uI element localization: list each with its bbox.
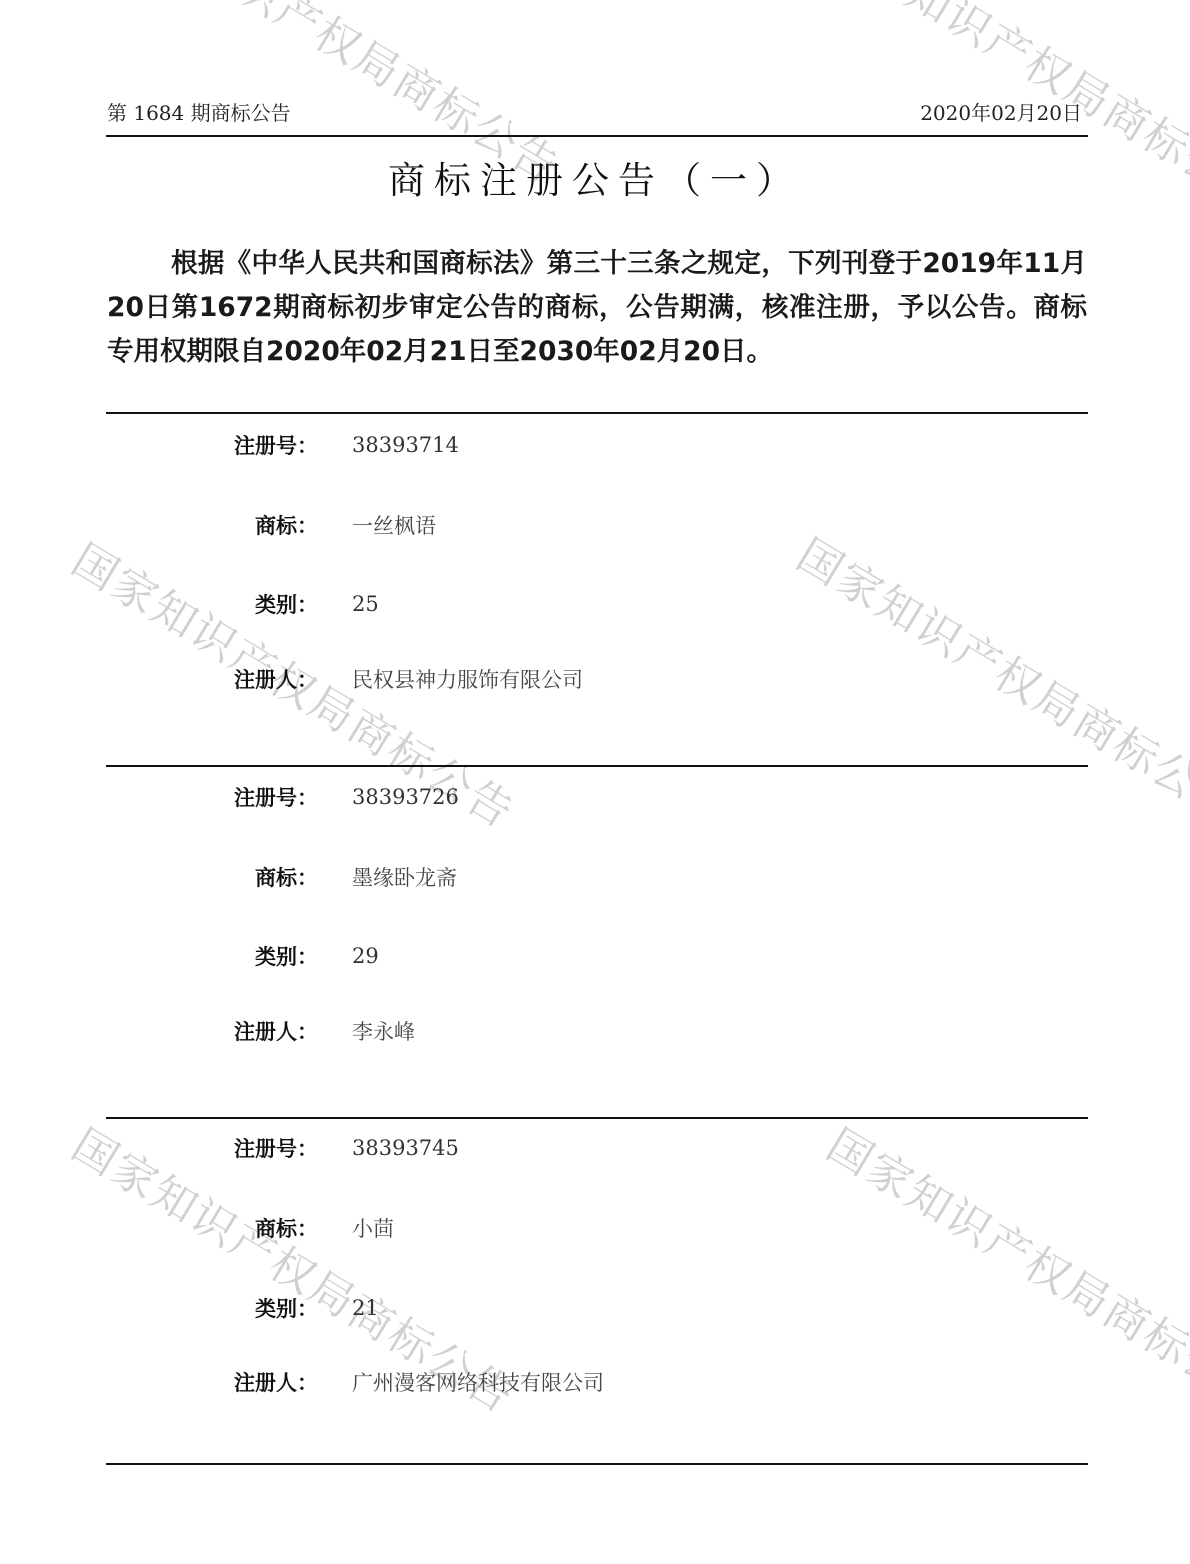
reg-no-value: 38393714 — [352, 433, 459, 457]
divider — [106, 412, 1088, 414]
mark-value: 墨缘卧龙斋 — [352, 862, 457, 892]
registrant-value: 李永峰 — [352, 1016, 415, 1046]
registrant-value: 广州漫客网络科技有限公司 — [352, 1367, 604, 1397]
header-divider — [106, 135, 1088, 137]
mark-value: 小茴 — [352, 1213, 394, 1243]
issue-date: 2020年02月20日 — [920, 97, 1082, 126]
reg-no-value: 38393745 — [352, 1136, 459, 1160]
issue-number: 第 1684 期商标公告 — [107, 97, 291, 126]
announcement-page: 第 1684 期商标公告 2020年02月20日 商标注册公告（一） 根据《中华… — [0, 0, 1190, 1564]
registrant-label: 注册人： — [228, 1016, 318, 1046]
divider — [106, 1463, 1088, 1465]
registrant-label: 注册人： — [228, 664, 318, 694]
registrant-label: 注册人： — [228, 1367, 318, 1397]
mark-value: 一丝枫语 — [352, 510, 436, 540]
mark-label: 商标： — [228, 1213, 318, 1243]
class-label: 类别： — [228, 589, 318, 619]
reg-no-label: 注册号： — [228, 782, 318, 812]
class-label: 类别： — [228, 941, 318, 971]
divider — [106, 1117, 1088, 1119]
reg-no-label: 注册号： — [228, 1133, 318, 1163]
class-value: 21 — [352, 1296, 379, 1320]
reg-no-value: 38393726 — [352, 785, 459, 809]
class-label: 类别： — [228, 1293, 318, 1323]
divider — [106, 765, 1088, 767]
mark-label: 商标： — [228, 862, 318, 892]
class-value: 29 — [352, 944, 379, 968]
reg-no-label: 注册号： — [228, 430, 318, 460]
mark-label: 商标： — [228, 510, 318, 540]
intro-paragraph: 根据《中华人民共和国商标法》第三十三条之规定，下列刊登于2019年11月20日第… — [107, 242, 1087, 374]
class-value: 25 — [352, 592, 379, 616]
registrant-value: 民权县神力服饰有限公司 — [352, 664, 583, 694]
page-title: 商标注册公告（一） — [0, 150, 1190, 204]
